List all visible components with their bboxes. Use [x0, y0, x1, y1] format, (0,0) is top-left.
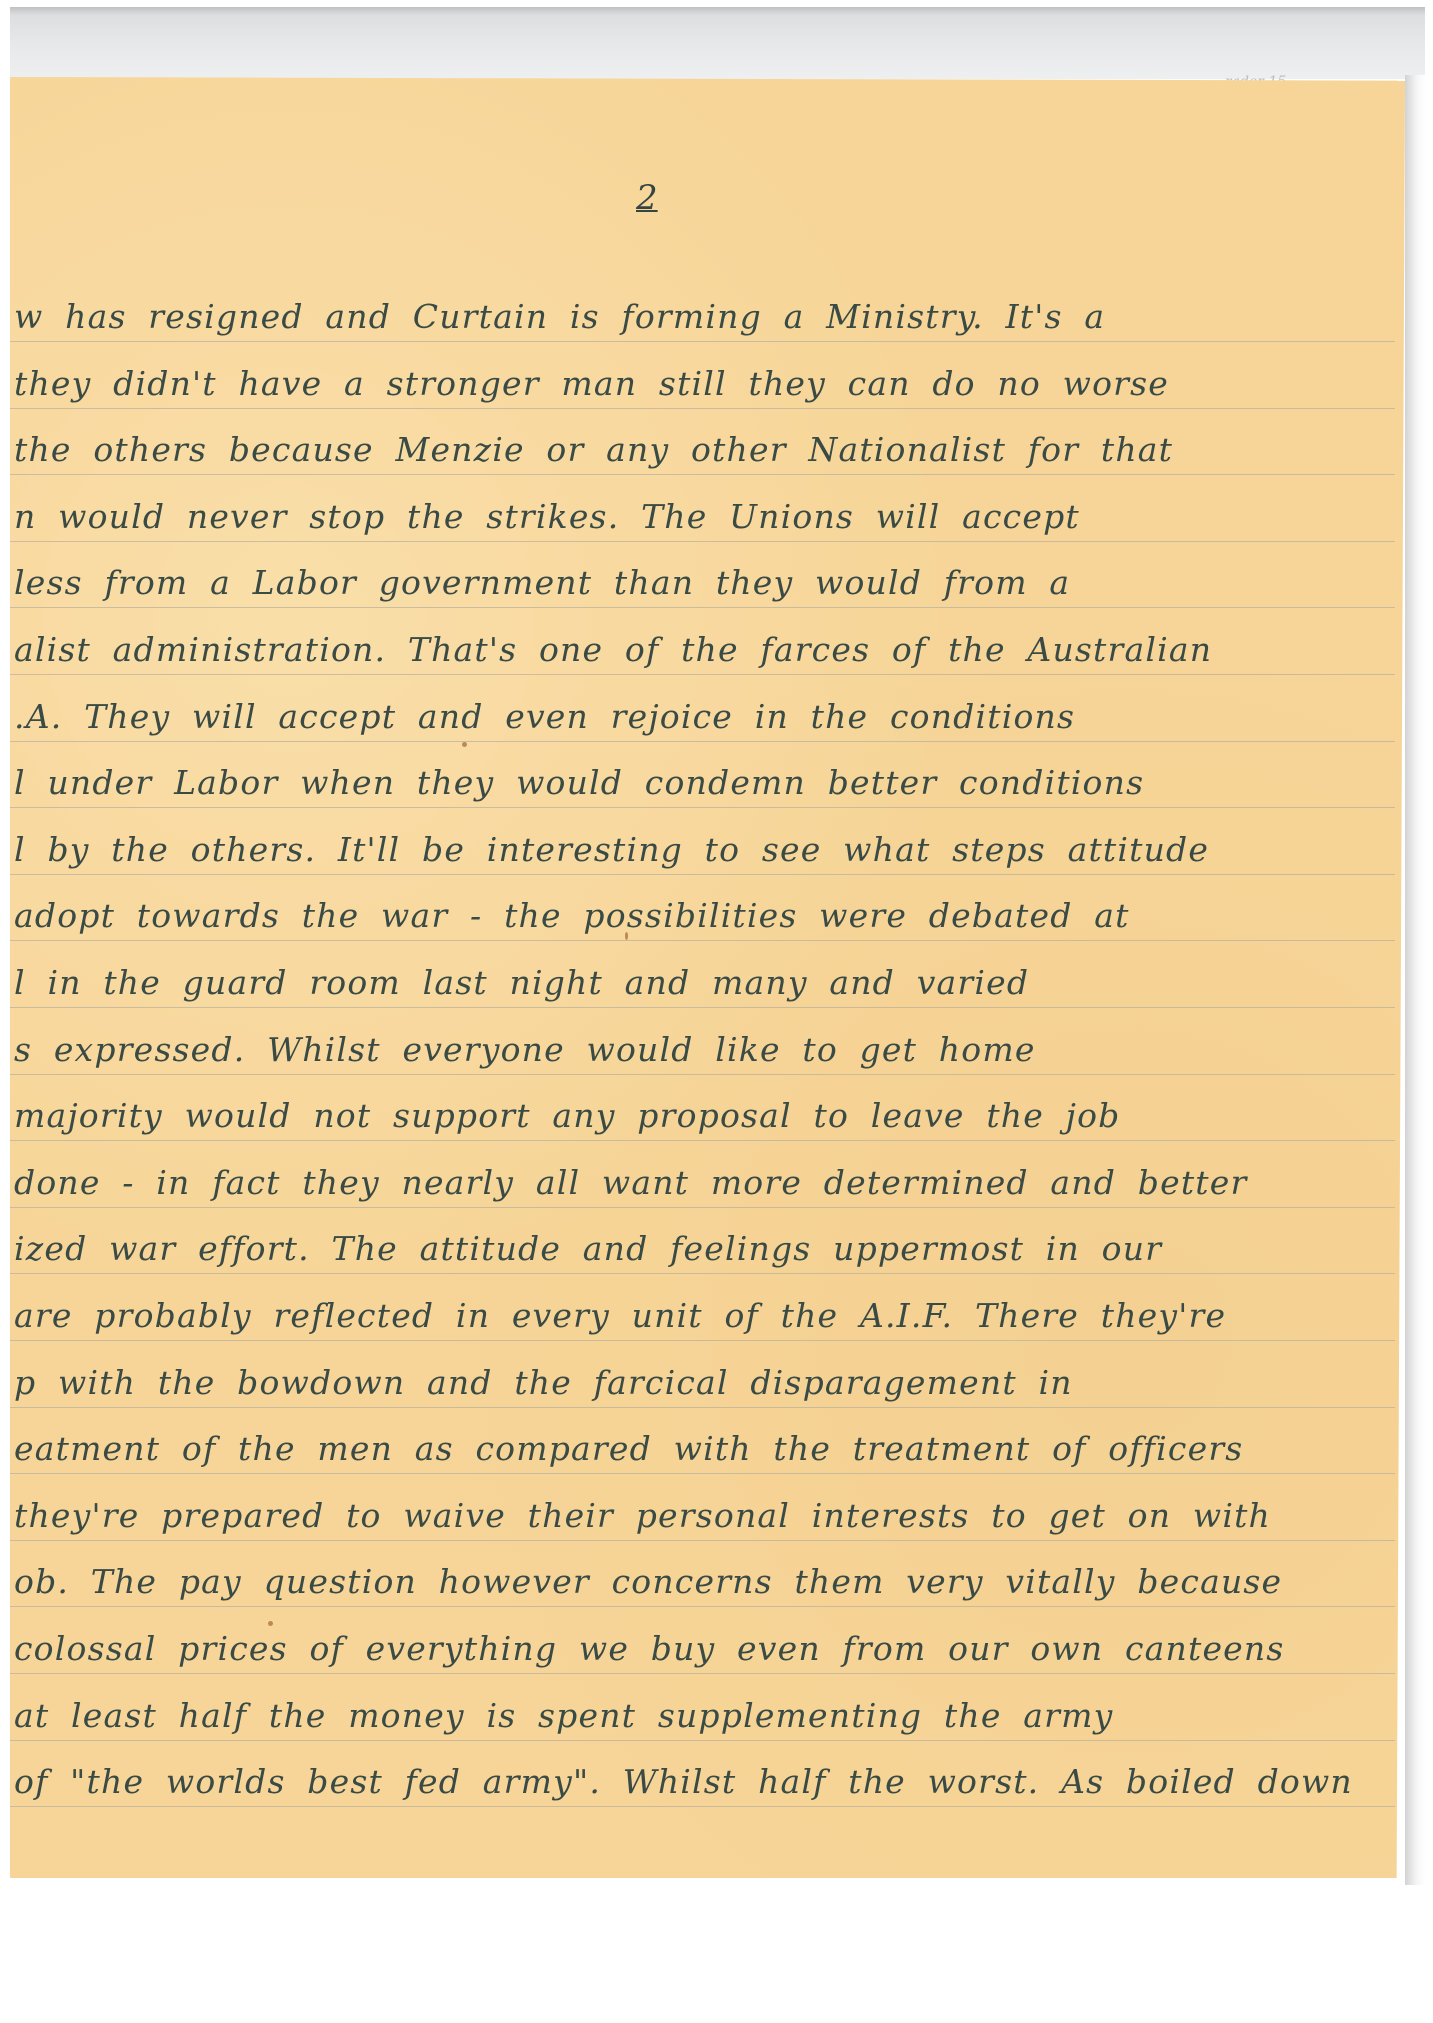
scan-background-top	[10, 7, 1425, 79]
ruled-line	[10, 1007, 1395, 1008]
handwritten-line: they didn't have a stronger man still th…	[14, 362, 1394, 406]
ink-spot	[268, 1621, 273, 1626]
handwritten-line: done - in fact they nearly all want more…	[14, 1161, 1394, 1205]
ruled-line	[10, 1273, 1395, 1274]
ruled-line	[10, 1606, 1395, 1607]
ruled-line	[10, 1340, 1395, 1341]
ruled-line	[10, 1074, 1395, 1075]
page-number: 2	[636, 178, 658, 218]
handwritten-line: of "the worlds best fed army". Whilst ha…	[14, 1760, 1394, 1804]
scan-background-right	[1405, 75, 1425, 1885]
handwritten-line: less from a Labor government than they w…	[14, 561, 1394, 605]
handwritten-line: l under Labor when they would condemn be…	[14, 761, 1394, 805]
handwritten-line: colossal prices of everything we buy eve…	[14, 1627, 1394, 1671]
ruled-line	[10, 1407, 1395, 1408]
ruled-line	[10, 1806, 1395, 1807]
handwritten-line: they're prepared to waive their personal…	[14, 1494, 1394, 1538]
handwritten-line: s expressed. Whilst everyone would like …	[14, 1028, 1394, 1072]
ruled-line	[10, 607, 1395, 608]
handwritten-line: eatment of the men as compared with the …	[14, 1427, 1394, 1471]
handwritten-line: alist administration. That's one of the …	[14, 628, 1394, 672]
ruled-line	[10, 674, 1395, 675]
handwritten-line: majority would not support any proposal …	[14, 1094, 1394, 1138]
handwritten-line: ob. The pay question however concerns th…	[14, 1560, 1394, 1604]
handwritten-line: .A. They will accept and even rejoice in…	[14, 695, 1394, 739]
ruled-line	[10, 741, 1395, 742]
handwritten-line: w has resigned and Curtain is forming a …	[14, 295, 1394, 339]
handwritten-line: ized war effort. The attitude and feelin…	[14, 1227, 1394, 1271]
ruled-line	[10, 874, 1395, 875]
ruled-line	[10, 541, 1395, 542]
ruled-line	[10, 341, 1395, 342]
ruled-line	[10, 1540, 1395, 1541]
ruled-line	[10, 1473, 1395, 1474]
ruled-line	[10, 474, 1395, 475]
ruled-line	[10, 1140, 1395, 1141]
ruled-line	[10, 1207, 1395, 1208]
handwritten-line: the others because Menzie or any other N…	[14, 428, 1394, 472]
handwritten-line: p with the bowdown and the farcical disp…	[14, 1361, 1394, 1405]
handwritten-line: at least half the money is spent supplem…	[14, 1694, 1394, 1738]
ink-spot	[625, 932, 628, 940]
ruled-line	[10, 408, 1395, 409]
ruled-line	[10, 807, 1395, 808]
handwritten-line: adopt towards the war - the possibilitie…	[14, 894, 1394, 938]
handwritten-line: n would never stop the strikes. The Unio…	[14, 495, 1394, 539]
ruled-line	[10, 1740, 1395, 1741]
ruled-line	[10, 1673, 1395, 1674]
handwritten-line: are probably reflected in every unit of …	[14, 1294, 1394, 1338]
ruled-line	[10, 940, 1395, 941]
handwritten-line: l by the others. It'll be interesting to…	[14, 828, 1394, 872]
handwritten-line: l in the guard room last night and many …	[14, 961, 1394, 1005]
ink-spot	[462, 742, 467, 747]
